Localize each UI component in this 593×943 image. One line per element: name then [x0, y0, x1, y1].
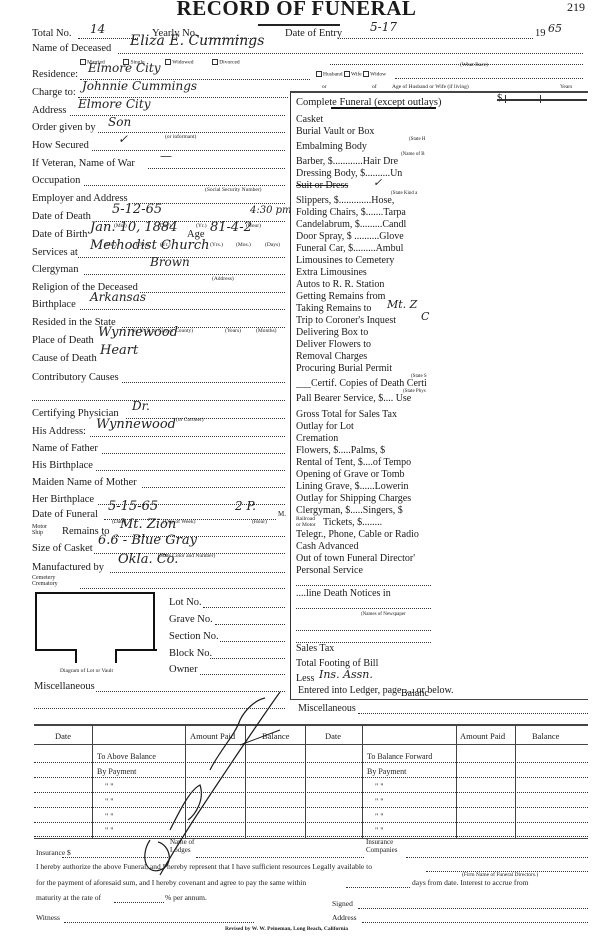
owner-label: Owner [169, 663, 198, 676]
state-note: (State H [409, 137, 426, 142]
order-given-by-label: Order given by [32, 121, 96, 134]
charge-row: Out of town Funeral Director' [296, 553, 415, 565]
charge-row: Candelabrum, $.........Candl [296, 219, 406, 231]
companies-field[interactable] [406, 849, 588, 858]
age-mos-note: (Mos.) [236, 242, 251, 248]
owner-field[interactable] [200, 666, 285, 675]
charge-row: Barber, $............Hair Dre [296, 156, 398, 168]
grave-no-label: Grave No. [169, 613, 213, 626]
interest-rate-field[interactable] [114, 894, 164, 903]
address-footer-field[interactable] [362, 914, 588, 923]
date-of-death-label: Date of Death [32, 210, 91, 223]
name-of-deceased-value: Eliza E. Cummings [130, 35, 264, 48]
motor-ship-label: Motor Ship [32, 524, 47, 536]
or-label: or [322, 84, 327, 90]
witness-field[interactable] [64, 914, 254, 923]
religion-field[interactable] [140, 284, 285, 293]
charge-row: ....line Death Notices in [296, 588, 391, 600]
authorize-text: I hereby authorize the above Funeral, an… [36, 862, 372, 871]
casket-size-value: 6.6 - Blue Gray [98, 534, 197, 547]
signed-field[interactable] [358, 900, 588, 909]
manufactured-value: Okla. Co. [118, 553, 178, 566]
father-label: Name of Father [32, 442, 98, 455]
mother-birthplace-label: Her Birthplace [32, 493, 94, 506]
manufactured-label: Manufactured by [32, 561, 104, 574]
misc-left-label: Miscellaneous [34, 680, 95, 693]
birthplace-label: Birthplace [32, 298, 76, 311]
right-balance-header: Balance [532, 731, 559, 741]
charge-row: Burial Vault or Box [296, 126, 374, 138]
charge-row: Door Spray, $ ..........Glove [296, 231, 404, 243]
year-value: 65 [548, 22, 562, 35]
firm-name-field[interactable] [426, 863, 588, 872]
coroner-value: C [421, 311, 429, 323]
address-value: Elmore City [78, 98, 150, 111]
ledger-divider [290, 699, 588, 700]
charge-row: Suit or Dress [296, 180, 348, 192]
charge-row: Casket [296, 114, 323, 126]
widow-label: Widow [370, 71, 386, 77]
charge-row: Cremation [296, 433, 338, 445]
year-prefix: 19 [535, 27, 546, 40]
charge-row: Deliver Flowers to [296, 339, 371, 351]
cemetery-field[interactable] [80, 580, 285, 589]
charge-row: Cash Advanced [296, 541, 359, 553]
clergyman-value: Brown [150, 256, 190, 269]
block-no-label: Block No. [169, 647, 212, 660]
right-date-header: Date [325, 731, 341, 741]
how-secured-label: How Secured [32, 139, 89, 152]
divorced-label: Divorced [219, 59, 239, 65]
mother-field[interactable] [142, 479, 285, 488]
table-row-line[interactable] [34, 754, 588, 763]
contributory-field[interactable] [122, 374, 285, 383]
place-of-death-label: Place of Death [32, 334, 94, 347]
table-row-line[interactable] [34, 784, 588, 793]
blank-line[interactable] [296, 577, 431, 586]
charge-row: Outlay for Lot [296, 421, 354, 433]
funeral-time-suffix: M. [278, 508, 286, 521]
father-birthplace-label: His Birthplace [32, 459, 93, 472]
occupation-field[interactable] [84, 177, 285, 186]
blank-line[interactable] [296, 622, 431, 631]
his-address-value: Wynnewood [96, 418, 176, 431]
lodges-field[interactable] [196, 849, 364, 858]
diagram-stub-right [115, 649, 117, 663]
name-of-deceased-label: Name of Deceased [32, 42, 111, 55]
resided-years-note: (Years) [225, 328, 241, 334]
charge-row: Delivering Box to [296, 327, 368, 339]
address-label: Address [32, 104, 66, 117]
date-of-entry-field[interactable] [338, 30, 533, 39]
contributory-label: Contributory Causes [32, 371, 119, 384]
table-row-line[interactable] [34, 769, 588, 778]
spouse-field[interactable] [395, 70, 583, 79]
payment-text: for the payment of aforesaid sum, and I … [36, 878, 306, 887]
table-bottom-rule [34, 838, 588, 839]
age-value: 81-4-2 [210, 221, 252, 234]
charge-row: Rental of Tent, $....of Tempo [296, 457, 411, 469]
less-value: Ins. Assn. [319, 669, 373, 681]
date-of-entry-label: Date of Entry [285, 27, 342, 40]
clergyman-address-note: (Address) [212, 276, 234, 282]
total-amount-field[interactable] [497, 99, 587, 101]
funeral-hour-note: (Hour) [252, 519, 267, 525]
clergyman-label: Clergyman [32, 263, 78, 276]
maturity-text: maturity at the rate of [36, 893, 101, 902]
charge-row: Trip to Coroner's Inquest [296, 315, 396, 327]
charge-to-label: Charge to: [32, 86, 76, 99]
place-of-death-value: Wynnewood [98, 326, 178, 339]
divorced-checkbox[interactable] [212, 59, 218, 65]
services-at-label: Services at [32, 246, 78, 259]
block-no-field[interactable] [210, 650, 285, 659]
taking-remains-value: Mt. Z [387, 299, 417, 311]
total-no-label: Total No. [32, 27, 72, 40]
insurance-field[interactable] [62, 849, 168, 858]
spouse-checkboxes: Husband Wife Widow [316, 71, 386, 77]
cause-of-death-value: Heart [100, 344, 138, 357]
charge-row: Tickets, $........ [323, 517, 382, 529]
funeral-time-value: 2 P. [235, 500, 256, 513]
revised-by-text: Revised by W. W. Peineman, Long Beach, C… [225, 926, 348, 932]
charge-row: Gross Total for Sales Tax [296, 409, 397, 421]
charge-row: Limousines to Cemetery [296, 255, 394, 267]
husband-checkbox[interactable] [316, 71, 322, 77]
charge-row: Lining Grave, $......Lowerin [296, 481, 408, 493]
blank-line[interactable] [296, 600, 431, 609]
age-yrs-note: (Yrs.) [210, 242, 223, 248]
years-label: Years [560, 84, 572, 90]
suit-value: ✓ [373, 177, 382, 189]
left-date-header: Date [55, 731, 71, 741]
charge-row: Dressing Body, $..........Un [296, 168, 402, 180]
railroad-label: Railroad or Motor [296, 516, 316, 528]
charge-row: Slippers, $.............Hose, [296, 195, 394, 207]
charge-row: Pall Bearer Service, $.... Use [296, 393, 411, 405]
misc-left-field-2[interactable] [34, 700, 285, 709]
left-amount-header: Amount Paid [190, 731, 235, 741]
casket-size-label: Size of Casket [32, 542, 93, 555]
wife-label: Wife [351, 71, 362, 77]
widowed-checkbox[interactable] [165, 59, 171, 65]
charge-row: Getting Remains from [296, 291, 385, 303]
charge-row: Telegr., Phone, Cable or Radio [296, 529, 419, 541]
lot-diagram-box [35, 592, 155, 651]
charge-row: Procuring Burial Permit [296, 363, 392, 375]
witness-label: Witness [36, 913, 60, 922]
resided-months-note: (Months) [256, 328, 276, 334]
diagram-bottom-right [115, 649, 157, 651]
section-no-label: Section No. [169, 630, 219, 643]
ledger-label: Entered into Ledger, page......or below. [298, 684, 454, 697]
date-of-birth-value: Jan. 10, 1884 [90, 221, 178, 234]
widowed-label: Widowed [172, 59, 193, 65]
residence-value: Elmore City [88, 62, 160, 75]
date-of-death-value: 5-12-65 [112, 203, 162, 216]
veteran-value: — [160, 150, 172, 163]
charge-to-value: Johnnie Cummings [82, 80, 197, 93]
contributory-field-2[interactable] [32, 392, 285, 401]
diagram-bottom-left [35, 649, 77, 651]
title-underline [258, 24, 340, 26]
days-field[interactable] [346, 879, 410, 888]
signed-label: Signed [332, 899, 353, 908]
page-number: 219 [567, 0, 585, 15]
physician-value: Dr. [132, 400, 150, 413]
per-annum-text: % per annum. [165, 893, 207, 902]
charge-row: Funeral Car, $.........Ambul [296, 243, 403, 255]
table-row-line[interactable] [34, 828, 588, 837]
table-top-rule [34, 724, 588, 726]
remains-to-value: Mt. Zion [120, 518, 176, 531]
mother-label: Maiden Name of Mother [32, 476, 137, 489]
charge-row: Taking Remains to [296, 303, 371, 315]
age-days-note: (Days) [265, 242, 280, 248]
how-secured-value: ✓ [118, 133, 128, 146]
table-header-rule [34, 744, 588, 745]
race-field[interactable] [330, 56, 583, 65]
diagram-label: Diagram of Lot or Vault [60, 668, 113, 674]
table-row-line[interactable] [34, 799, 588, 808]
of-label: of [372, 84, 377, 90]
lodges-label: Name of Lodges [170, 838, 194, 854]
diagram-stub-left [75, 649, 77, 663]
address-footer-label: Address [332, 913, 357, 922]
date-of-birth-label: Date of Birth [32, 228, 87, 241]
services-at-value: Methodist Church [90, 239, 210, 252]
state-note: (State Kind a [391, 191, 417, 196]
veteran-label: If Veteran, Name of War [32, 157, 135, 170]
page-title: RECORD OF FUNERAL [0, 0, 593, 21]
charge-row: Folding Chairs, $.......Tarpa [296, 207, 406, 219]
total-amount-divider [540, 95, 541, 103]
informant-note: (or informant) [165, 134, 196, 140]
time-of-death-value: 4:30 pm [250, 204, 292, 217]
charge-row: Extra Limousines [296, 267, 367, 279]
newspaper-note: (Names of Newspaper [361, 612, 406, 617]
charge-row: Removal Charges [296, 351, 367, 363]
father-field[interactable] [102, 445, 285, 454]
father-birthplace-field[interactable] [96, 462, 285, 471]
state-note: (Name of B [401, 152, 425, 157]
charge-row: Personal Service [296, 565, 363, 577]
occupation-label: Occupation [32, 174, 80, 187]
married-checkbox[interactable] [80, 59, 86, 65]
total-no-value: 14 [90, 23, 105, 36]
charge-row: Outlay for Shipping Charges [296, 493, 411, 505]
right-amount-header: Amount Paid [460, 731, 505, 741]
wife-checkbox[interactable] [344, 71, 350, 77]
coroner-note: (or Coroner) [176, 417, 204, 423]
funeral-date-label: Date of Funeral [32, 508, 98, 521]
section-no-field[interactable] [220, 633, 285, 642]
outlay-underline [331, 107, 436, 109]
widow-checkbox[interactable] [363, 71, 369, 77]
lot-no-field[interactable] [203, 599, 285, 608]
grave-no-field[interactable] [215, 616, 285, 625]
blank-line[interactable] [296, 634, 431, 643]
misc-left-field[interactable] [96, 683, 285, 692]
total-amount-divider [505, 95, 506, 103]
left-balance-header: Balance [262, 731, 289, 741]
table-row-line[interactable] [34, 814, 588, 823]
days-text: days from date. Interest to accrue from [412, 878, 528, 887]
misc-right-label: Miscellaneous [298, 702, 356, 715]
birthplace-value: Arkansas [90, 291, 146, 304]
husband-label: Husband [323, 71, 343, 77]
charge-row: Flowers, $.....Palms, $ [296, 445, 385, 457]
cause-of-death-label: Cause of Death [32, 352, 97, 365]
residence-label: Residence: [32, 68, 78, 81]
lot-no-label: Lot No. [169, 596, 202, 609]
misc-right-field[interactable] [358, 705, 588, 714]
charge-row: Autos to R. R. Station [296, 279, 384, 291]
charge-row: Sales Tax [296, 643, 334, 655]
funeral-date-value: 5-15-65 [108, 500, 158, 513]
companies-label: Insurance Companies [366, 838, 398, 854]
date-of-entry-value: 5-17 [370, 21, 397, 34]
charge-row: Opening of Grave or Tomb [296, 469, 405, 481]
charges-panel: Complete Funeral (except outlays) Casket… [290, 93, 445, 700]
order-given-by-value: Son [108, 116, 131, 129]
ssn-note: (Social Security Number) [205, 187, 262, 193]
charge-row: Embalming Body [296, 141, 367, 153]
age-spouse-label: Age of Husband or Wife (if living) [392, 84, 469, 90]
cemetery-label: Cemetery Crematory [32, 575, 58, 587]
his-address-label: His Address: [32, 425, 86, 438]
total-no-field[interactable] [78, 30, 138, 39]
